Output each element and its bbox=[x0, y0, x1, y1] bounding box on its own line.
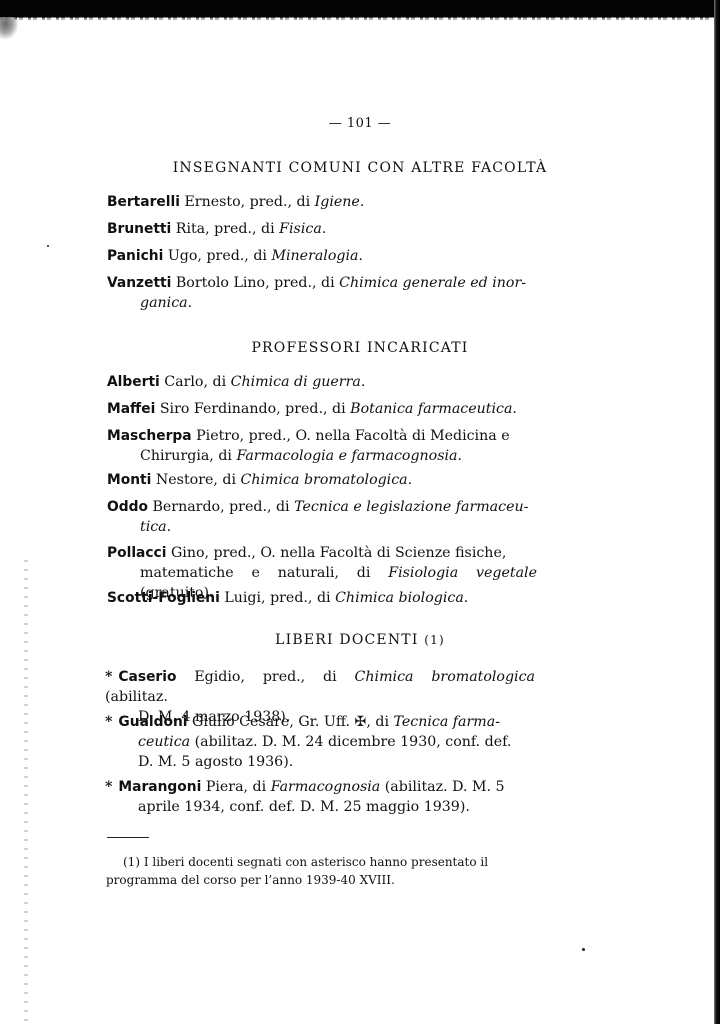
entry-subject: Fisica bbox=[279, 221, 322, 237]
entry-subject: Chimica di guerra bbox=[231, 374, 361, 390]
entry-tail: (abilitaz. bbox=[105, 689, 168, 705]
footnote-divider bbox=[107, 837, 149, 838]
entry-text: matematiche e naturali, di bbox=[140, 565, 388, 581]
scan-speck bbox=[47, 245, 49, 247]
scan-corner-smudge bbox=[0, 17, 18, 39]
entry-brunetti: Brunetti Rita, pred., di Fisica. bbox=[107, 219, 537, 239]
entry-subject: Tecnica farma- bbox=[394, 714, 501, 730]
entry-monti: Monti Nestore, di Chimica bromatologica. bbox=[107, 470, 537, 490]
section-heading-professori: PROFESSORI INCARICATI bbox=[0, 340, 720, 356]
footnote-marker: (1) bbox=[123, 855, 140, 869]
entry-subject: Fisiologia vegetale bbox=[388, 565, 537, 581]
entry-tail: . bbox=[512, 401, 517, 417]
entry-continuation: aprile 1934, conf. def. D. M. 25 maggio … bbox=[105, 797, 535, 817]
entry-text: Bernardo, pred., di bbox=[148, 499, 294, 515]
entry-text: Pietro, pred., O. nella Facoltà di Medic… bbox=[192, 428, 510, 444]
entry-subject: Botanica farmaceutica bbox=[350, 401, 512, 417]
entry-text: Ernesto, pred., di bbox=[180, 194, 315, 210]
entry-tail: . bbox=[358, 248, 363, 264]
entry-gualdoni: *Gualdoni Giulio Cesare, Gr. Uff. ✠, di … bbox=[105, 712, 535, 772]
entry-maffei: Maffei Siro Ferdinando, pred., di Botani… bbox=[107, 399, 537, 419]
asterisk-marker: * bbox=[105, 669, 112, 685]
entry-text: D. M. 5 agosto 1936). bbox=[138, 754, 293, 770]
entry-surname: Monti bbox=[107, 472, 151, 488]
entry-surname: Scotti-Foglieni bbox=[107, 590, 220, 606]
entry-surname: Oddo bbox=[107, 499, 148, 515]
entry-scotti-foglieni: Scotti-Foglieni Luigi, pred., di Chimica… bbox=[107, 588, 537, 608]
scanned-page: — 101 — INSEGNANTI COMUNI CON ALTRE FACO… bbox=[0, 0, 720, 1024]
entry-text: Nestore, di bbox=[151, 472, 240, 488]
entry-tail: . bbox=[361, 374, 366, 390]
scan-top-border bbox=[0, 0, 720, 18]
entry-text: aprile 1934, conf. def. D. M. 25 maggio … bbox=[138, 799, 470, 815]
entry-subject: Mineralogia bbox=[271, 248, 358, 264]
entry-continuation: ceutica (abilitaz. D. M. 24 dicembre 193… bbox=[105, 732, 535, 752]
entry-tail: (abilitaz. D. M. 5 bbox=[380, 779, 504, 795]
entry-continuation: tica. bbox=[107, 517, 537, 537]
entry-text: Rita, pred., di bbox=[171, 221, 279, 237]
entry-tail: . bbox=[408, 472, 413, 488]
footnote-text: I liberi docenti segnati con asterisco h… bbox=[140, 855, 488, 869]
entry-subject: Chimica bromatologica bbox=[241, 472, 408, 488]
scan-right-border bbox=[714, 0, 720, 1024]
entry-surname: Caserio bbox=[118, 669, 176, 685]
entry-surname: Pollacci bbox=[107, 545, 166, 561]
entry-text: Siro Ferdinando, pred., di bbox=[155, 401, 350, 417]
entry-oddo: Oddo Bernardo, pred., di Tecnica e legis… bbox=[107, 497, 537, 537]
entry-subject: ganica bbox=[140, 295, 188, 311]
entry-text: Luigi, pred., di bbox=[220, 590, 335, 606]
entry-subject: Tecnica e legislazione farmaceu- bbox=[294, 499, 528, 515]
entry-surname: Bertarelli bbox=[107, 194, 180, 210]
entry-surname: Marangoni bbox=[118, 779, 201, 795]
section-heading-liberi: LIBERI DOCENTI (1) bbox=[0, 632, 720, 648]
entry-text: Carlo, di bbox=[160, 374, 231, 390]
page-number: — 101 — bbox=[0, 116, 720, 131]
entry-panichi: Panichi Ugo, pred., di Mineralogia. bbox=[107, 246, 537, 266]
entry-text: Piera, di bbox=[201, 779, 270, 795]
section-heading-text: LIBERI DOCENTI bbox=[275, 632, 418, 648]
entry-surname: Mascherpa bbox=[107, 428, 192, 444]
entry-continuation: ganica. bbox=[107, 293, 537, 313]
entry-subject: Farmacologia e farmacognosia bbox=[236, 448, 457, 464]
entry-subject: tica bbox=[140, 519, 167, 535]
scan-left-edge-noise bbox=[24, 560, 28, 1024]
entry-subject: Chimica bromatologica bbox=[355, 669, 535, 685]
entry-surname: Alberti bbox=[107, 374, 160, 390]
footnote-line-1: (1) I liberi docenti segnati con asteris… bbox=[106, 853, 536, 871]
asterisk-marker: * bbox=[105, 779, 112, 795]
entry-surname: Brunetti bbox=[107, 221, 171, 237]
entry-text: (abilitaz. D. M. 24 dicembre 1930, conf.… bbox=[190, 734, 511, 750]
entry-tail: . bbox=[167, 519, 172, 535]
entry-text: Egidio, pred., di bbox=[176, 669, 354, 685]
entry-subject: ceutica bbox=[138, 734, 190, 750]
section-heading-insegnanti: INSEGNANTI COMUNI CON ALTRE FACOLTÀ bbox=[0, 160, 720, 176]
entry-surname: Vanzetti bbox=[107, 275, 171, 291]
entry-subject: Farmacognosia bbox=[271, 779, 381, 795]
asterisk-marker: * bbox=[105, 714, 112, 730]
entry-text: Gino, pred., O. nella Facoltà di Scienze… bbox=[166, 545, 506, 561]
entry-tail: . bbox=[458, 448, 463, 464]
entry-text: Bortolo Lino, pred., di bbox=[171, 275, 339, 291]
entry-tail: . bbox=[322, 221, 327, 237]
entry-mascherpa: Mascherpa Pietro, pred., O. nella Facolt… bbox=[107, 426, 537, 466]
entry-tail: . bbox=[360, 194, 365, 210]
entry-subject: Igiene bbox=[315, 194, 360, 210]
entry-tail: . bbox=[464, 590, 469, 606]
entry-continuation: Chirurgia, di Farmacologia e farmacognos… bbox=[107, 446, 537, 466]
scan-top-edge-noise bbox=[0, 17, 720, 20]
entry-marangoni: *Marangoni Piera, di Farmacognosia (abil… bbox=[105, 777, 535, 817]
scan-speck bbox=[582, 948, 585, 951]
entry-subject: Chimica biologica bbox=[335, 590, 464, 606]
entry-alberti: Alberti Carlo, di Chimica di guerra. bbox=[107, 372, 537, 392]
footnote-reference: (1) bbox=[424, 633, 445, 647]
footnote-line-2: programma del corso per l’anno 1939-40 X… bbox=[106, 873, 395, 887]
entry-text: Ugo, pred., di bbox=[163, 248, 271, 264]
footnote: (1) I liberi docenti segnati con asteris… bbox=[106, 853, 536, 889]
entry-text: Giulio Cesare, Gr. Uff. ✠, di bbox=[188, 714, 394, 730]
entry-vanzetti: Vanzetti Bortolo Lino, pred., di Chimica… bbox=[107, 273, 537, 313]
entry-surname: Maffei bbox=[107, 401, 155, 417]
entry-surname: Panichi bbox=[107, 248, 163, 264]
entry-text: Chirurgia, di bbox=[140, 448, 236, 464]
entry-tail: . bbox=[188, 295, 193, 311]
entry-subject: Chimica generale ed inor- bbox=[339, 275, 526, 291]
entry-continuation: D. M. 5 agosto 1936). bbox=[105, 752, 535, 772]
entry-bertarelli: Bertarelli Ernesto, pred., di Igiene. bbox=[107, 192, 537, 212]
entry-surname: Gualdoni bbox=[118, 714, 187, 730]
